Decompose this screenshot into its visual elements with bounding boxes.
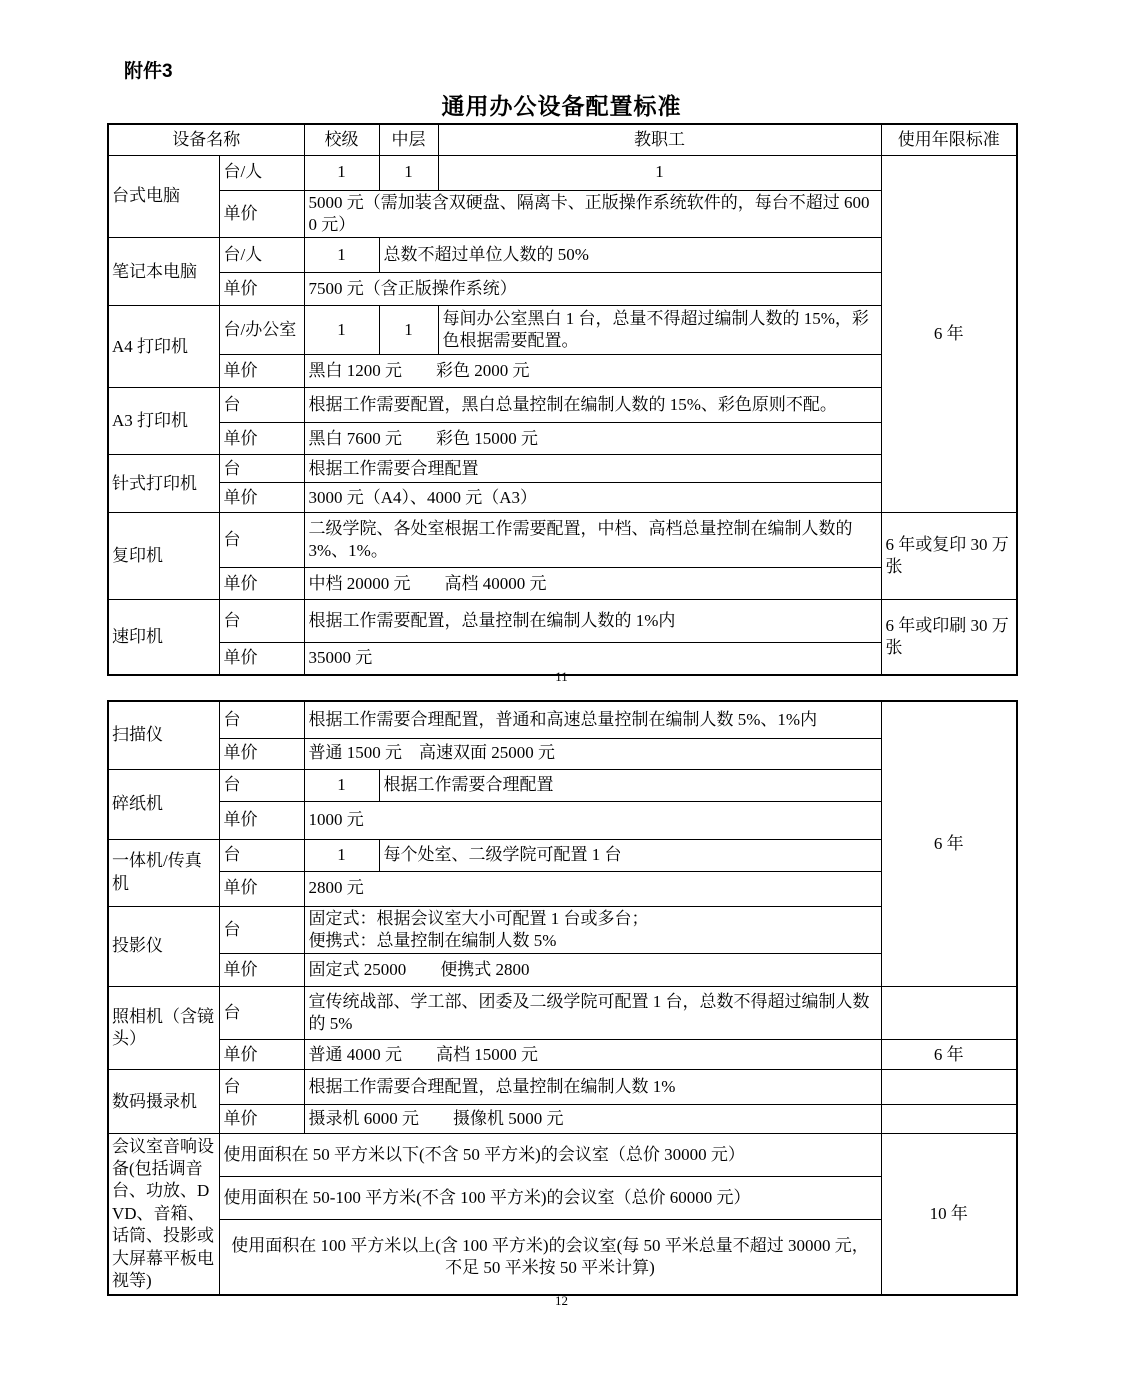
unit-label-cell: 台 — [219, 701, 304, 738]
lifespan-cell — [881, 987, 1017, 1040]
equipment-table-page1: 设备名称 校级 中层 教职工 使用年限标准 台式电脑 台/人 1 1 1 6 年… — [107, 123, 1018, 676]
price-cell: 黑白 1200 元 彩色 2000 元 — [304, 355, 881, 388]
column-header-school-level: 校级 — [304, 124, 379, 155]
price-cell: 3000 元（A4）、4000 元（A3） — [304, 483, 881, 513]
device-name-cell: 复印机 — [108, 513, 219, 600]
price-cell: 普通 4000 元 高档 15000 元 — [304, 1040, 881, 1070]
device-name-cell: A3 打印机 — [108, 388, 219, 455]
page-number: 12 — [0, 1293, 1123, 1309]
description-cell: 固定式：根据会议室大小可配置 1 台或多台； 便携式：总量控制在编制人数 5% — [304, 906, 881, 954]
column-header-lifespan: 使用年限标准 — [881, 124, 1017, 155]
device-name-cell: 针式打印机 — [108, 455, 219, 513]
description-cell: 二级学院、各处室根据工作需要配置，中档、高档总量控制在编制人数的 3%、1%。 — [304, 513, 881, 568]
description-cell: 使用面积在 100 平方米以上(含 100 平方米)的会议室(每 50 平米总量… — [219, 1220, 881, 1295]
document-page: 附件3 通用办公设备配置标准 设备名称 校级 中层 教职工 使用年限标准 台式电… — [0, 0, 1123, 1387]
device-name-cell: 数码摄录机 — [108, 1070, 219, 1134]
device-name-cell: 笔记本电脑 — [108, 238, 219, 306]
page-number: 11 — [0, 669, 1123, 685]
device-name-cell: 会议室音响设备(包括调音台、功放、DVD、音箱、话筒、投影或大屏幕平板电视等) — [108, 1134, 219, 1295]
device-name-cell: 照相机（含镜头） — [108, 987, 219, 1070]
description-cell: 根据工作需要合理配置 — [379, 769, 881, 801]
price-label-cell: 单价 — [219, 568, 304, 600]
quantity-cell: 1 — [304, 839, 379, 871]
attachment-label: 附件3 — [124, 56, 173, 83]
description-cell: 根据工作需要合理配置 — [304, 455, 881, 483]
price-label-cell: 单价 — [219, 738, 304, 769]
column-header-middle-level: 中层 — [379, 124, 438, 155]
unit-label-cell: 台/人 — [219, 155, 304, 190]
description-cell: 使用面积在 50-100 平方米(不含 100 平方米)的会议室（总价 6000… — [219, 1177, 881, 1220]
price-cell: 黑白 7600 元 彩色 15000 元 — [304, 423, 881, 455]
column-header-staff: 教职工 — [438, 124, 881, 155]
quantity-cell: 1 — [304, 769, 379, 801]
price-label-cell: 单价 — [219, 355, 304, 388]
unit-label-cell: 台/人 — [219, 238, 304, 273]
unit-label-cell: 台 — [219, 600, 304, 643]
quantity-cell: 1 — [379, 306, 438, 355]
unit-label-cell: 台 — [219, 455, 304, 483]
description-cell: 根据工作需要合理配置，普通和高速总量控制在编制人数 5%、1%内 — [304, 701, 881, 738]
description-cell: 总数不超过单位人数的 50% — [379, 238, 881, 273]
device-name-cell: 投影仪 — [108, 906, 219, 987]
price-cell: 固定式 25000 便携式 2800 — [304, 954, 881, 987]
document-title: 通用办公设备配置标准 — [0, 88, 1123, 121]
column-header-device: 设备名称 — [108, 124, 304, 155]
price-cell: 1000 元 — [304, 801, 881, 839]
lifespan-cell: 10 年 — [881, 1134, 1017, 1295]
lifespan-cell: 6 年 — [881, 701, 1017, 987]
description-cell: 根据工作需要配置，总量控制在编制人数的 1%内 — [304, 600, 881, 643]
quantity-cell: 1 — [379, 155, 438, 190]
price-label-cell: 单价 — [219, 871, 304, 906]
unit-label-cell: 台 — [219, 513, 304, 568]
unit-label-cell: 台 — [219, 987, 304, 1040]
description-cell: 每个处室、二级学院可配置 1 台 — [379, 839, 881, 871]
description-cell: 使用面积在 50 平方米以下(不含 50 平方米)的会议室（总价 30000 元… — [219, 1134, 881, 1177]
price-label-cell: 单价 — [219, 273, 304, 306]
price-label-cell: 单价 — [219, 954, 304, 987]
device-name-cell: 扫描仪 — [108, 701, 219, 769]
lifespan-cell: 6 年或复印 30 万张 — [881, 513, 1017, 600]
price-label-cell: 单价 — [219, 423, 304, 455]
unit-label-cell: 台 — [219, 769, 304, 801]
price-cell: 7500 元（含正版操作系统） — [304, 273, 881, 306]
price-label-cell: 单价 — [219, 801, 304, 839]
quantity-cell: 1 — [304, 155, 379, 190]
unit-label-cell: 台 — [219, 1070, 304, 1105]
lifespan-cell — [881, 1105, 1017, 1134]
lifespan-cell: 6 年 — [881, 1040, 1017, 1070]
device-name-cell: 速印机 — [108, 600, 219, 675]
device-name-cell: 碎纸机 — [108, 769, 219, 839]
price-label-cell: 单价 — [219, 1105, 304, 1134]
description-cell: 每间办公室黑白 1 台，总量不得超过编制人数的 15%，彩色根据需要配置。 — [438, 306, 881, 355]
device-name-cell: 台式电脑 — [108, 155, 219, 238]
equipment-table-page2: 扫描仪 台 根据工作需要合理配置，普通和高速总量控制在编制人数 5%、1%内 6… — [107, 700, 1018, 1296]
price-cell: 5000 元（需加装含双硬盘、隔离卡、正版操作系统软件的，每台不超过 6000 … — [304, 190, 881, 238]
unit-label-cell: 台 — [219, 839, 304, 871]
price-label-cell: 单价 — [219, 483, 304, 513]
price-cell: 摄录机 6000 元 摄像机 5000 元 — [304, 1105, 881, 1134]
price-cell: 普通 1500 元 高速双面 25000 元 — [304, 738, 881, 769]
price-cell: 2800 元 — [304, 871, 881, 906]
price-cell: 中档 20000 元 高档 40000 元 — [304, 568, 881, 600]
device-name-cell: A4 打印机 — [108, 306, 219, 388]
device-name-cell: 一体机/传真机 — [108, 839, 219, 906]
price-label-cell: 单价 — [219, 190, 304, 238]
description-cell: 根据工作需要合理配置，总量控制在编制人数 1% — [304, 1070, 881, 1105]
lifespan-cell — [881, 1070, 1017, 1105]
unit-label-cell: 台 — [219, 388, 304, 423]
unit-label-cell: 台 — [219, 906, 304, 954]
description-cell: 宣传统战部、学工部、团委及二级学院可配置 1 台，总数不得超过编制人数的 5% — [304, 987, 881, 1040]
lifespan-cell: 6 年或印刷 30 万张 — [881, 600, 1017, 675]
description-cell: 根据工作需要配置，黑白总量控制在编制人数的 15%、彩色原则不配。 — [304, 388, 881, 423]
price-label-cell: 单价 — [219, 1040, 304, 1070]
quantity-cell: 1 — [304, 238, 379, 273]
quantity-cell: 1 — [438, 155, 881, 190]
unit-label-cell: 台/办公室 — [219, 306, 304, 355]
lifespan-cell: 6 年 — [881, 155, 1017, 513]
quantity-cell: 1 — [304, 306, 379, 355]
